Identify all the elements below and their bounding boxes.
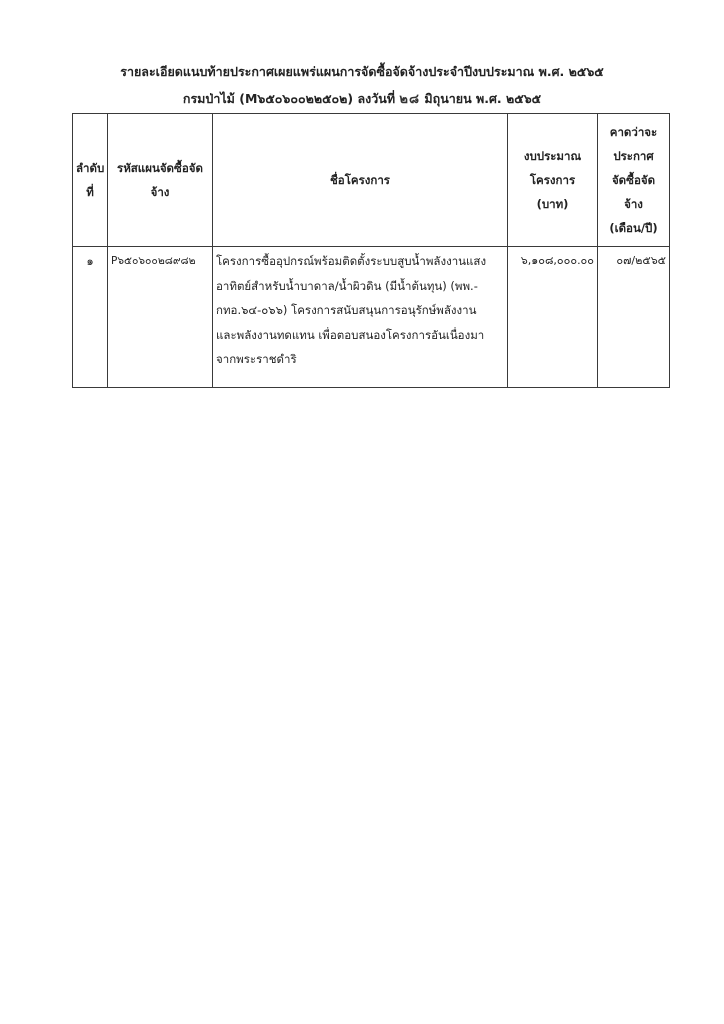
header-code-line: จ้าง [111, 180, 209, 204]
document-subtitle: กรมป่าไม้ (M๖๕๐๖๐๐๒๒๕๐๒) ลงวันที่ ๒๘ มิถ… [0, 88, 724, 109]
project-name-line: และพลังงานทดแทน เพื่อตอบสนองโครงการอันเน… [216, 323, 504, 348]
header-no: ลำดับ ที่ [73, 114, 108, 247]
header-budget: งบประมาณ โครงการ (บาท) [508, 114, 598, 247]
procurement-plan-table: ลำดับ ที่ รหัสแผนจัดซื้อจัด จ้าง ชื่อโคร… [72, 113, 670, 388]
cell-announce-month: ๐๗/๒๕๖๕ [598, 247, 670, 388]
document-page: รายละเอียดแนบท้ายประกาศเผยแพร่แผนการจัดซ… [0, 0, 724, 1024]
header-month-line: ประกาศ [601, 144, 666, 168]
subtitle-day: ๒๘ [399, 92, 420, 107]
header-month-line: คาดว่าจะ [601, 120, 666, 144]
header-code: รหัสแผนจัดซื้อจัด จ้าง [108, 114, 213, 247]
table-header-row: ลำดับ ที่ รหัสแผนจัดซื้อจัด จ้าง ชื่อโคร… [73, 114, 670, 247]
cell-budget: ๖,๑๐๘,๐๐๐.๐๐ [508, 247, 598, 388]
header-budget-line: โครงการ [511, 168, 594, 192]
header-budget-line: งบประมาณ [511, 144, 594, 168]
subtitle-prefix: กรมป่าไม้ (M๖๕๐๖๐๐๒๒๕๐๒) ลงวันที่ [183, 91, 395, 106]
cell-plan-code: P๖๕๐๖๐๐๒๘๙๘๒ [108, 247, 213, 388]
header-name-text: ชื่อโครงการ [216, 168, 504, 192]
subtitle-suffix: มิถุนายน พ.ศ. ๒๕๖๕ [424, 91, 541, 106]
cell-project-name: โครงการซื้ออุปกรณ์พร้อมติดตั้งระบบสูบน้ำ… [213, 247, 508, 388]
header-no-line: ที่ [76, 180, 104, 204]
header-name: ชื่อโครงการ [213, 114, 508, 247]
project-name-line: อาทิตย์สำหรับน้ำบาดาล/น้ำผิวดิน (มีน้ำต้… [216, 274, 504, 299]
project-name-line: กทอ.๖๔-๐๖๖) โครงการสนับสนุนการอนุรักษ์พล… [216, 298, 504, 323]
header-month-line: จ้าง [601, 192, 666, 216]
project-name-line: จากพระราชดำริ [216, 347, 504, 372]
document-title: รายละเอียดแนบท้ายประกาศเผยแพร่แผนการจัดซ… [0, 62, 724, 82]
table-row: ๑ P๖๕๐๖๐๐๒๘๙๘๒ โครงการซื้ออุปกรณ์พร้อมติ… [73, 247, 670, 388]
header-month-line: (เดือน/ปี) [601, 216, 666, 240]
cell-no: ๑ [73, 247, 108, 388]
header-no-line: ลำดับ [76, 156, 104, 180]
header-code-line: รหัสแผนจัดซื้อจัด [111, 156, 209, 180]
header-budget-line: (บาท) [511, 192, 594, 216]
header-month: คาดว่าจะ ประกาศ จัดซื้อจัด จ้าง (เดือน/ป… [598, 114, 670, 247]
project-name-line: โครงการซื้ออุปกรณ์พร้อมติดตั้งระบบสูบน้ำ… [216, 249, 504, 274]
header-month-line: จัดซื้อจัด [601, 168, 666, 192]
